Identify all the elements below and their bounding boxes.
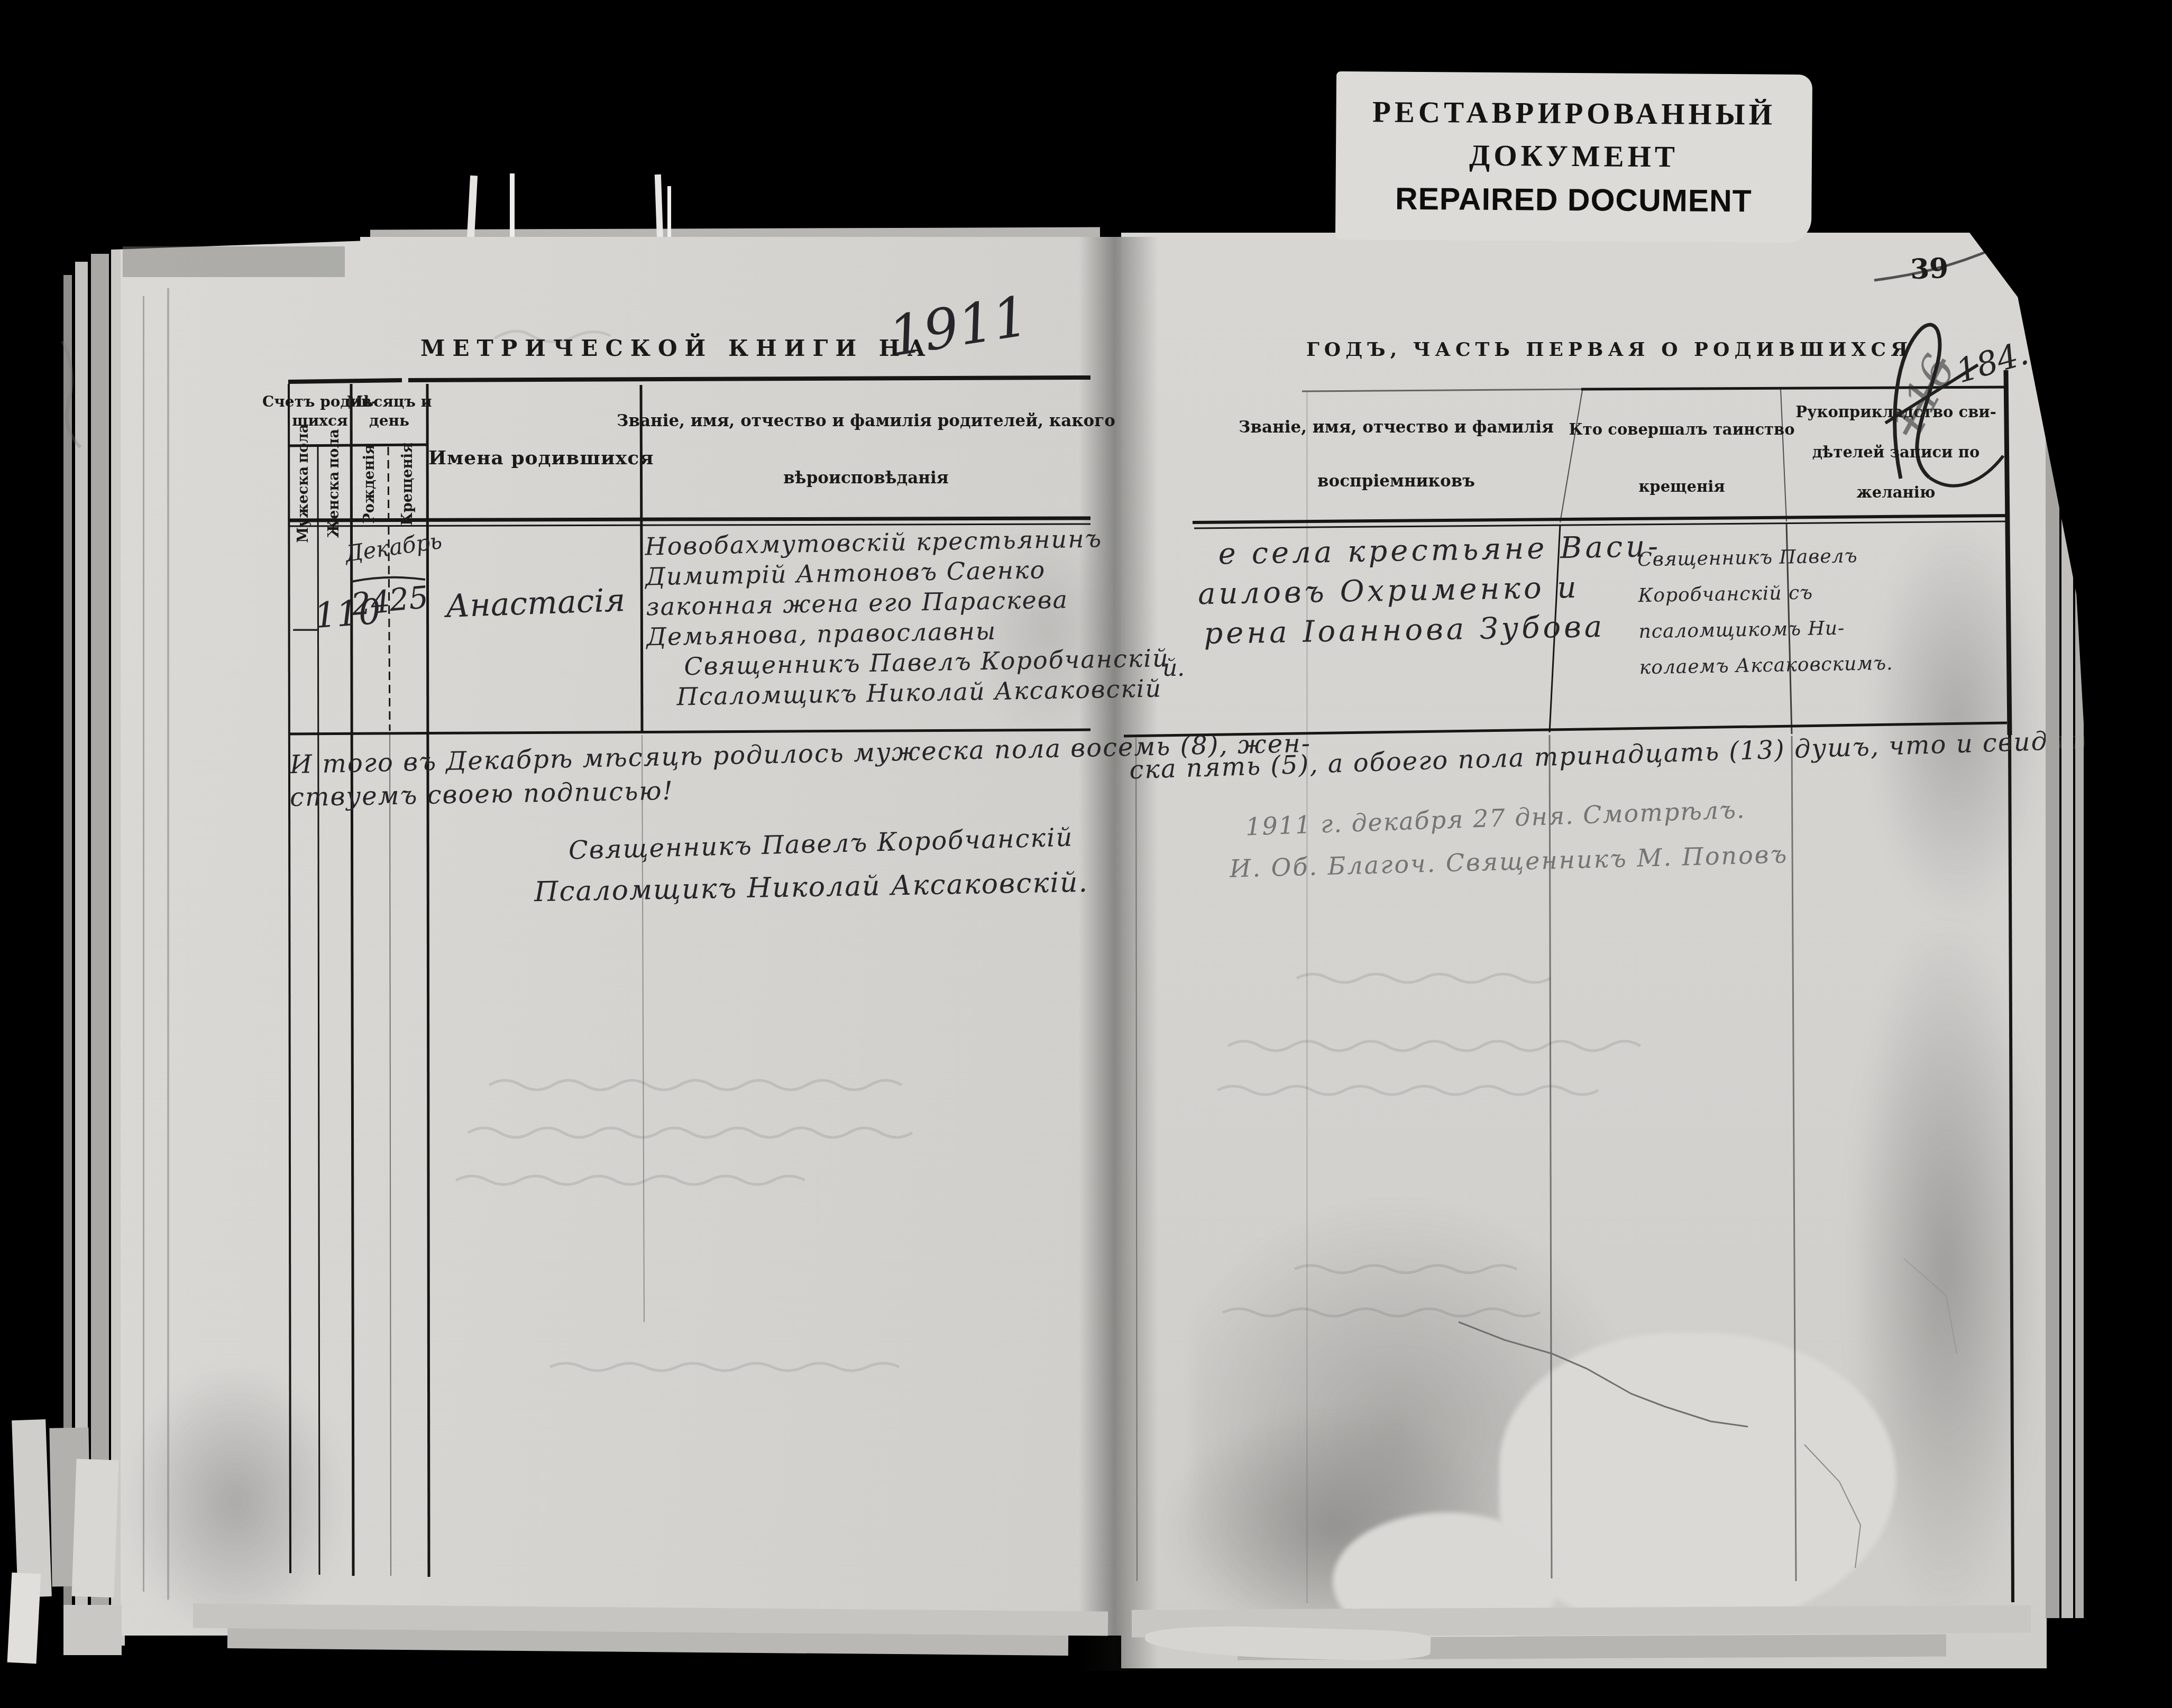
- header-parents-line1: Званіе, имя, отчество и фамилія родителе…: [617, 411, 1115, 430]
- sheet-edge: [2061, 402, 2073, 1618]
- godparents-line: е села крестьяне Васи-: [1197, 527, 1636, 574]
- record-officiant-text: Священникъ Павелъ Коробчанскій съ псалом…: [1637, 539, 1841, 686]
- header-godparents-line2: воспріемниковъ: [1317, 472, 1475, 491]
- sheet-edge: [63, 275, 72, 1621]
- printed-folio-number: 39: [1910, 252, 1949, 286]
- header-officiant-line1: Кто совершалъ таинство: [1569, 420, 1794, 438]
- header-female-word1: Женска: [327, 471, 342, 538]
- paper-scrap: [71, 1459, 118, 1598]
- record-baptism-day: 25: [388, 579, 429, 618]
- page-corner-shade: [123, 246, 345, 277]
- header-male-word2: пола: [296, 424, 311, 463]
- record-godparents-text: е села крестьяне Васи- аиловъ Охрименко …: [1197, 527, 1638, 654]
- sheet-edge: [2046, 370, 2059, 1618]
- paper-speck: [467, 176, 478, 238]
- header-female-column: Женскапола: [318, 448, 350, 518]
- header-month-group: Мѣсяцъ и день: [352, 392, 426, 431]
- right-page-title: ГОДЪ, ЧАСТЬ ПЕРВАЯ О РОДИВШИХСЯ: [1306, 338, 1772, 361]
- officiant-line: колаемъ Аксаковскимъ.: [1639, 647, 1840, 686]
- header-parents-line2: вѣроисповѣданія: [783, 469, 948, 488]
- header-male-column: Мужескапола: [290, 448, 317, 518]
- record-birth-day: 24: [350, 583, 391, 622]
- header-born-column: Рожденія: [352, 448, 387, 519]
- header-born-word: Рожденія: [362, 444, 377, 524]
- header-godparents-line1: Званіе, имя, отчество и фамилія: [1239, 418, 1554, 437]
- officiant-line: Коробчанскій съ: [1638, 575, 1839, 614]
- signature-fragment: й.: [1162, 655, 1185, 682]
- label-ru-line2: ДОКУМЕНТ: [1469, 139, 1679, 175]
- header-godparents-column: Званіе, имя, отчество и фамилія воспріем…: [1206, 418, 1587, 491]
- godparents-line: рена Іоаннова Зубова: [1198, 607, 1638, 654]
- officiant-line: псаломщикомъ Ни-: [1638, 611, 1840, 650]
- header-officiant-line2: крещенія: [1638, 477, 1725, 495]
- header-names-column: Имена родившихся: [428, 447, 640, 469]
- header-officiant-column: Кто совершалъ таинство крещенія: [1587, 420, 1777, 495]
- paper-scrap: [63, 1605, 122, 1655]
- header-witnesses-line2: дѣтелей записи по: [1812, 443, 1980, 461]
- header-month-line1: Мѣсяцъ и: [346, 392, 432, 411]
- header-baptized-column: Крещенія: [389, 448, 426, 519]
- godparents-line: аиловъ Охрименко и: [1197, 567, 1637, 614]
- paper-speck: [667, 186, 671, 237]
- paper-scrap: [12, 1419, 52, 1597]
- label-en-line: REPAIRED DOCUMENT: [1395, 181, 1752, 219]
- page-crease: [167, 288, 169, 1600]
- record-name: Анастасія: [430, 581, 640, 626]
- header-parents-column: Званіе, имя, отчество и фамилія родителе…: [643, 411, 1089, 488]
- scanned-document-photo: МЕТРИЧЕСКОЙ КНИГИ НА 1911 Счетъ родив- ш…: [0, 0, 2172, 1708]
- page-crease: [143, 296, 144, 1592]
- header-month-line2: день: [369, 411, 409, 430]
- sheet-edge: [91, 254, 109, 1639]
- header-witnesses-line3: желанію: [1857, 483, 1936, 501]
- header-female-word2: пола: [327, 429, 342, 468]
- header-baptized-word: Крещенія: [400, 443, 415, 526]
- paper-scrap: [7, 1573, 41, 1664]
- label-ru-line1: РЕСТАВРИРОВАННЫЙ: [1372, 95, 1776, 132]
- officiant-line: Священникъ Павелъ: [1637, 539, 1839, 578]
- header-male-word1: Мужеска: [296, 466, 311, 543]
- record-parents-text: Новобахмутовскій крестьянинъ Димитрій Ан…: [645, 524, 1095, 713]
- left-page-title: МЕТРИЧЕСКОЙ КНИГИ НА: [420, 335, 886, 361]
- repaired-document-label: РЕСТАВРИРОВАННЫЙ ДОКУМЕНТ REPAIRED DOCUM…: [1335, 71, 1812, 243]
- sheet-edge: [75, 262, 88, 1631]
- paper-speck: [510, 173, 515, 243]
